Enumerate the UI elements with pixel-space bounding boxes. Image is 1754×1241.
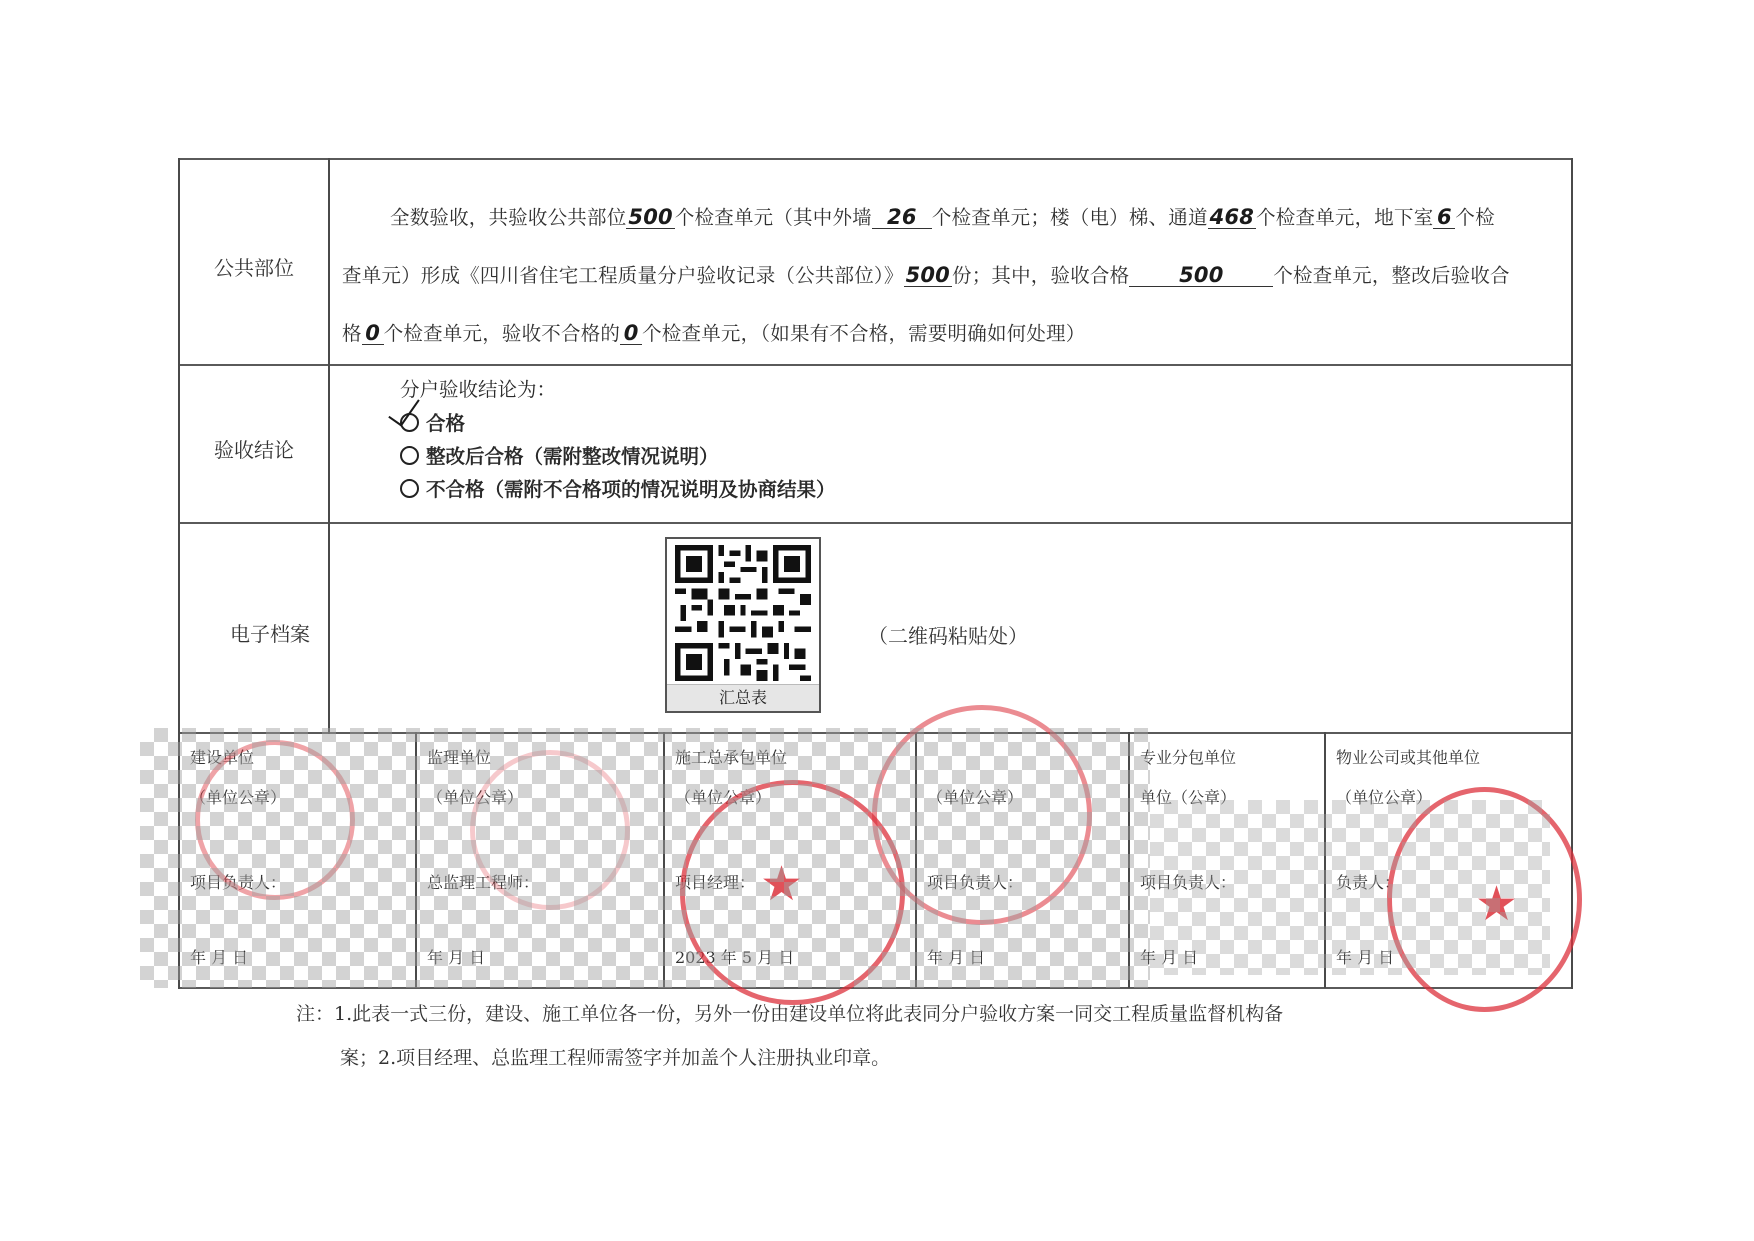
- radio-icon[interactable]: [400, 479, 419, 498]
- text: 个检查单元，（如果有不合格，需要明确如何处理）: [642, 322, 1085, 345]
- option-label: 不合格（需附不合格项的情况说明及协商结果）: [426, 478, 836, 501]
- signature-header: 专业分包单位: [1140, 745, 1236, 768]
- rectified-units-value: 0: [362, 322, 384, 345]
- public-area-line-2: 查单元）形成《四川省住宅工程质量分户验收记录（公共部位）》500份；其中，验收合…: [342, 260, 1510, 288]
- public-area-line-1: 全数验收，共验收公共部位500个检查单元（其中外墙26个检查单元；楼（电）梯、通…: [390, 202, 1495, 230]
- option-label: 合格: [426, 412, 465, 435]
- total-units-value: 500: [626, 206, 674, 229]
- exterior-wall-units-value: 26: [872, 206, 932, 229]
- note-line-1: 注：1.此表一式三份，建设、施工单位各一份，另外一份由建设单位将此表同分户验收方…: [296, 999, 1283, 1026]
- stair-corridor-units-value: 468: [1208, 206, 1256, 229]
- qr-code-sticker: 汇总表: [665, 537, 821, 713]
- failed-units-value: 0: [620, 322, 642, 345]
- text: 全数验收，共验收公共部位: [390, 206, 626, 229]
- signature-header: 物业公司或其他单位: [1336, 745, 1480, 768]
- redaction-mask: [1150, 800, 1550, 975]
- conclusion-option-rectified[interactable]: 整改后合格（需附整改情况说明）: [400, 441, 719, 469]
- text: 个检: [1455, 206, 1494, 229]
- label-column-divider: [328, 158, 330, 734]
- text: 查单元）形成《四川省住宅工程质量分户验收记录（公共部位）》: [342, 264, 904, 287]
- text: 份；其中，验收合格: [952, 264, 1129, 287]
- note-line-2: 案；2.项目经理、总监理工程师需签字并加盖个人注册执业印章。: [340, 1043, 890, 1070]
- passed-units-value: 500: [1129, 264, 1273, 287]
- qr-placeholder-text: （二维码粘贴处）: [868, 620, 1028, 649]
- conclusion-label: 验收结论: [180, 434, 328, 463]
- row-border-1: [178, 364, 1573, 366]
- row-border-2: [178, 522, 1573, 524]
- qr-caption: 汇总表: [667, 684, 819, 711]
- text: 格: [342, 322, 362, 345]
- conclusion-option-pass[interactable]: 合格: [400, 408, 465, 436]
- text: 个检查单元；楼（电）梯、通道: [932, 206, 1208, 229]
- text: 个检查单元（其中外墙: [675, 206, 872, 229]
- conclusion-option-fail[interactable]: 不合格（需附不合格项的情况说明及协商结果）: [400, 474, 836, 502]
- option-label: 整改后合格（需附整改情况说明）: [426, 445, 719, 468]
- conclusion-intro: 分户验收结论为：: [400, 374, 556, 402]
- radio-icon[interactable]: [400, 446, 419, 465]
- public-area-label: 公共部位: [180, 252, 328, 281]
- checked-radio-icon[interactable]: [400, 413, 419, 432]
- text: 个检查单元，整改后验收合: [1273, 264, 1509, 287]
- redaction-mask: [140, 728, 1150, 988]
- e-archive-label: 电子档案: [196, 618, 344, 647]
- records-count-value: 500: [904, 264, 952, 287]
- qr-code-icon: [675, 545, 811, 681]
- table-top-border: [178, 158, 1573, 160]
- basement-units-value: 6: [1433, 206, 1455, 229]
- text: 个检查单元，地下室: [1256, 206, 1433, 229]
- public-area-line-3: 格0个检查单元，验收不合格的0个检查单元，（如果有不合格，需要明确如何处理）: [342, 318, 1085, 346]
- text: 个检查单元，验收不合格的: [384, 322, 620, 345]
